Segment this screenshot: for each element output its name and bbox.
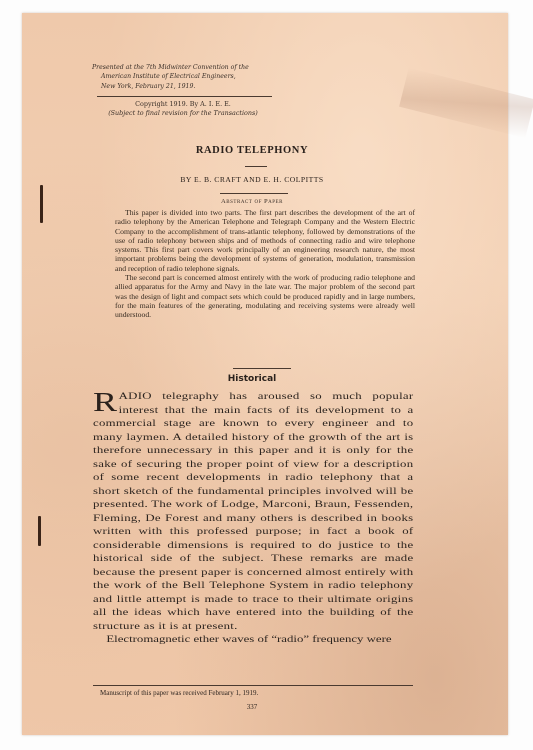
body-paragraph-text: ADIO telegraphy has aroused so much popu… — [93, 391, 413, 632]
drop-cap: R — [93, 392, 117, 413]
footnote: Manuscript of this paper was received Fe… — [100, 689, 400, 697]
abstract-paragraph: The second part is concerned almost enti… — [115, 273, 415, 319]
copyright-line: Copyright 1919. By A. I. E. E. — [92, 100, 274, 109]
staple-icon — [38, 516, 41, 546]
paper-title: RADIO TELEPHONY — [92, 145, 412, 156]
section-heading: Historical — [92, 374, 412, 384]
divider — [220, 193, 288, 194]
section-body: RADIO telegraphy has aroused so much pop… — [93, 390, 413, 647]
abstract-paragraph: This paper is divided into two parts. Th… — [115, 208, 415, 273]
abstract-heading: Abstract of Paper — [92, 198, 412, 205]
paper-fold-shadow — [399, 68, 533, 138]
paper-authors: BY E. B. CRAFT AND E. H. COLPITTS — [92, 175, 412, 184]
divider — [97, 96, 272, 97]
divider — [245, 166, 267, 167]
presentation-note: Presented at the 7th Midwinter Conventio… — [92, 63, 272, 91]
body-paragraph: Electromagnetic ether waves of “radio” f… — [93, 633, 413, 647]
copyright-block: Copyright 1919. By A. I. E. E. (Subject … — [92, 100, 274, 117]
presentation-line: Presented at the 7th Midwinter Conventio… — [92, 63, 272, 72]
divider — [233, 368, 291, 369]
presentation-line: New York, February 21, 1919. — [92, 82, 272, 91]
copyright-subject-note: (Subject to final revision for the Trans… — [92, 109, 274, 118]
staple-icon — [40, 185, 43, 223]
page-number: 337 — [92, 703, 412, 711]
presentation-line: American Institute of Electrical Enginee… — [92, 72, 272, 81]
footnote-divider — [93, 685, 413, 686]
abstract-body: This paper is divided into two parts. Th… — [115, 208, 415, 320]
body-paragraph: RADIO telegraphy has aroused so much pop… — [93, 390, 413, 633]
